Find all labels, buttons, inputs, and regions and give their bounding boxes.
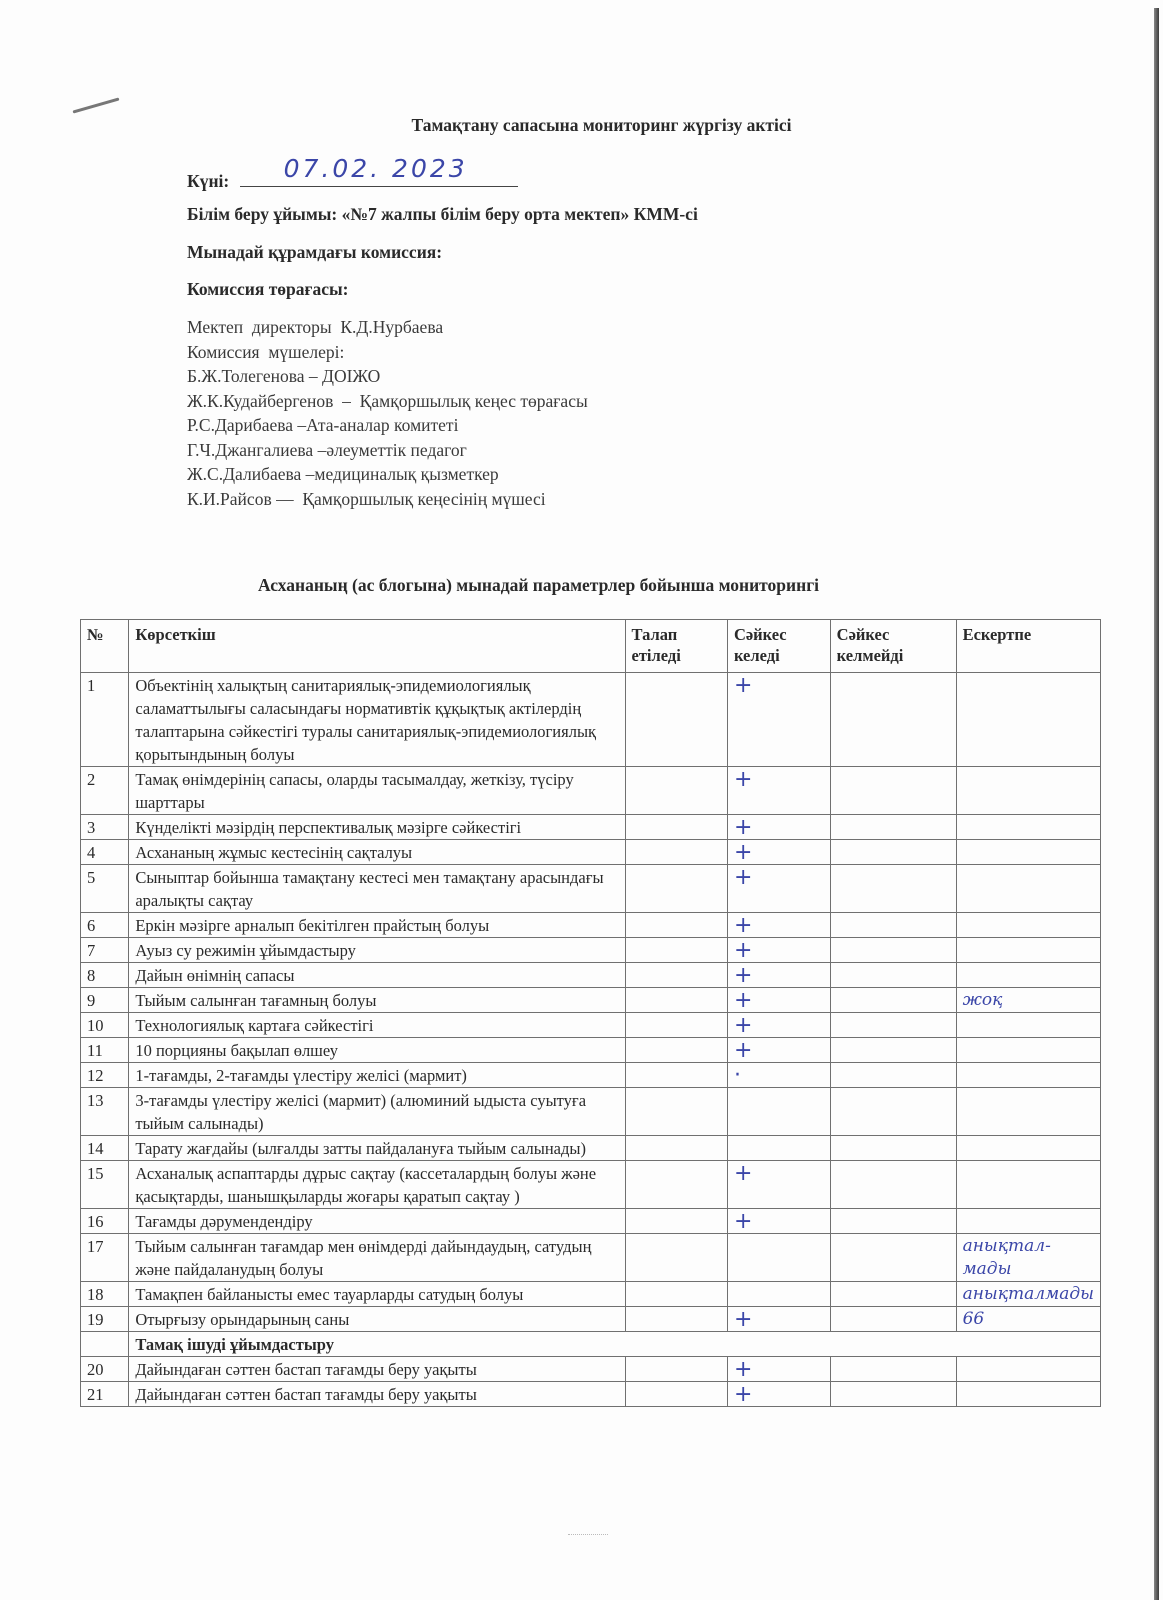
row-required-mark bbox=[625, 1282, 727, 1307]
table-row: 7 Ауыз су режимін ұйымдастыру + bbox=[81, 938, 1101, 963]
row-noncompliant-mark bbox=[830, 1307, 956, 1332]
row-indicator: Объектінің халықтың санитариялық-эпидеми… bbox=[129, 673, 625, 767]
row-note bbox=[956, 673, 1100, 767]
row-note: анықтал-мады bbox=[956, 1234, 1100, 1282]
row-number: 21 bbox=[81, 1382, 129, 1407]
section-row: Тамақ ішуді ұйымдастыру bbox=[81, 1332, 1101, 1357]
row-required-mark bbox=[625, 1063, 727, 1088]
row-indicator: Күнделікті мәзірдің перспективалық мәзір… bbox=[129, 815, 625, 840]
row-number: 5 bbox=[81, 865, 129, 913]
row-compliant-mark: + bbox=[727, 963, 830, 988]
row-required-mark bbox=[625, 913, 727, 938]
date-line: Күні: 07.02. 2023 bbox=[187, 166, 518, 192]
row-indicator: Тағамды дәрумендендіру bbox=[129, 1209, 625, 1234]
member-line: Ж.К.Кудайбергенов – Қамқоршылық кеңес тө… bbox=[187, 389, 588, 414]
row-number: 11 bbox=[81, 1038, 129, 1063]
table-row: 8 Дайын өнімнің сапасы + bbox=[81, 963, 1101, 988]
row-note bbox=[956, 1161, 1100, 1209]
row-noncompliant-mark bbox=[830, 673, 956, 767]
section-num bbox=[81, 1332, 129, 1357]
row-compliant-mark: · bbox=[727, 1063, 830, 1088]
table-row: 12 1-тағамды, 2-тағамды үлестіру желісі … bbox=[81, 1063, 1101, 1088]
member-line: Ж.С.Далибаева –медициналық қызметкер bbox=[187, 462, 588, 487]
row-number: 1 bbox=[81, 673, 129, 767]
row-compliant-mark: + bbox=[727, 1307, 830, 1332]
row-indicator: Ауыз су режимін ұйымдастыру bbox=[129, 938, 625, 963]
member-line: Р.С.Дарибаева –Ата-аналар комитеті bbox=[187, 413, 588, 438]
chair-label: Комиссия төрағасы: bbox=[187, 279, 348, 300]
row-required-mark bbox=[625, 1136, 727, 1161]
date-field: 07.02. 2023 bbox=[240, 166, 518, 187]
row-number: 16 bbox=[81, 1209, 129, 1234]
member-line: Мектеп директоры К.Д.Нурбаева bbox=[187, 315, 588, 340]
row-noncompliant-mark bbox=[830, 1063, 956, 1088]
row-note bbox=[956, 1063, 1100, 1088]
row-required-mark bbox=[625, 767, 727, 815]
row-required-mark bbox=[625, 988, 727, 1013]
row-indicator: Тыйым салынған тағамдар мен өнімдерді да… bbox=[129, 1234, 625, 1282]
row-compliant-mark bbox=[727, 1282, 830, 1307]
row-noncompliant-mark bbox=[830, 1357, 956, 1382]
row-note bbox=[956, 1013, 1100, 1038]
row-compliant-mark bbox=[727, 1234, 830, 1282]
row-noncompliant-mark bbox=[830, 1209, 956, 1234]
row-required-mark bbox=[625, 1307, 727, 1332]
table-header-row: № Көрсеткіш Талап етіледі Сәйкес келеді … bbox=[81, 620, 1101, 673]
monitoring-table: № Көрсеткіш Талап етіледі Сәйкес келеді … bbox=[80, 619, 1101, 1407]
row-noncompliant-mark bbox=[830, 840, 956, 865]
row-indicator: 3-тағамды үлестіру желісі (мармит) (алюм… bbox=[129, 1088, 625, 1136]
row-compliant-mark: + bbox=[727, 938, 830, 963]
row-note bbox=[956, 913, 1100, 938]
row-number: 17 bbox=[81, 1234, 129, 1282]
row-note bbox=[956, 1357, 1100, 1382]
table-row: 9 Тыйым салынған тағамның болуы + жоқ bbox=[81, 988, 1101, 1013]
row-indicator: Дайын өнімнің сапасы bbox=[129, 963, 625, 988]
row-required-mark bbox=[625, 1357, 727, 1382]
organization-line: Білім беру ұйымы: «№7 жалпы білім беру о… bbox=[187, 204, 698, 225]
row-compliant-mark: + bbox=[727, 1382, 830, 1407]
row-note bbox=[956, 1088, 1100, 1136]
row-required-mark bbox=[625, 1161, 727, 1209]
row-indicator: Асханалық аспаптарды дұрыс сақтау (кассе… bbox=[129, 1161, 625, 1209]
row-required-mark bbox=[625, 1234, 727, 1282]
row-noncompliant-mark bbox=[830, 767, 956, 815]
date-value: 07.02. 2023 bbox=[284, 154, 468, 183]
table-row: 3 Күнделікті мәзірдің перспективалық мәз… bbox=[81, 815, 1101, 840]
row-required-mark bbox=[625, 840, 727, 865]
row-number: 19 bbox=[81, 1307, 129, 1332]
table-row: 17 Тыйым салынған тағамдар мен өнімдерді… bbox=[81, 1234, 1101, 1282]
row-note bbox=[956, 1209, 1100, 1234]
row-number: 12 bbox=[81, 1063, 129, 1088]
row-compliant-mark bbox=[727, 1136, 830, 1161]
member-line: Комиссия мүшелері: bbox=[187, 340, 588, 365]
row-noncompliant-mark bbox=[830, 913, 956, 938]
row-compliant-mark: + bbox=[727, 1161, 830, 1209]
header-noncompliant: Сәйкес келмейді bbox=[830, 620, 956, 673]
row-number: 9 bbox=[81, 988, 129, 1013]
table-row: 15 Асханалық аспаптарды дұрыс сақтау (ка… bbox=[81, 1161, 1101, 1209]
row-note: анықталмады bbox=[956, 1282, 1100, 1307]
header-required: Талап етіледі bbox=[625, 620, 727, 673]
row-number: 15 bbox=[81, 1161, 129, 1209]
table-row: 14 Тарату жағдайы (ылғалды затты пайдала… bbox=[81, 1136, 1101, 1161]
row-compliant-mark: + bbox=[727, 1038, 830, 1063]
row-indicator: Отырғызу орындарының саны bbox=[129, 1307, 625, 1332]
header-compliant: Сәйкес келеді bbox=[727, 620, 830, 673]
header-note: Ескертпе bbox=[956, 620, 1100, 673]
row-number: 6 bbox=[81, 913, 129, 938]
row-compliant-mark: + bbox=[727, 1209, 830, 1234]
commission-label: Мынадай құрамдағы комиссия: bbox=[187, 242, 442, 263]
row-indicator: 1-тағамды, 2-тағамды үлестіру желісі (ма… bbox=[129, 1063, 625, 1088]
row-number: 10 bbox=[81, 1013, 129, 1038]
row-required-mark bbox=[625, 1209, 727, 1234]
row-indicator: Технологиялық картаға сәйкестігі bbox=[129, 1013, 625, 1038]
row-indicator: Дайындаған сәттен бастап тағамды беру уа… bbox=[129, 1382, 625, 1407]
table-row: 5 Сыныптар бойынша тамақтану кестесі мен… bbox=[81, 865, 1101, 913]
row-indicator: Тарату жағдайы (ылғалды затты пайдалануғ… bbox=[129, 1136, 625, 1161]
row-required-mark bbox=[625, 1038, 727, 1063]
row-note bbox=[956, 963, 1100, 988]
row-note bbox=[956, 938, 1100, 963]
row-indicator: Тыйым салынған тағамның болуы bbox=[129, 988, 625, 1013]
row-required-mark bbox=[625, 1013, 727, 1038]
row-note bbox=[956, 767, 1100, 815]
row-required-mark bbox=[625, 815, 727, 840]
row-indicator: Дайындаған сәттен бастап тағамды беру уа… bbox=[129, 1357, 625, 1382]
row-compliant-mark: + bbox=[727, 673, 830, 767]
table-row: 4 Асхананың жұмыс кестесінің сақталуы + bbox=[81, 840, 1101, 865]
row-number: 13 bbox=[81, 1088, 129, 1136]
table-row: 20 Дайындаған сәттен бастап тағамды беру… bbox=[81, 1357, 1101, 1382]
row-noncompliant-mark bbox=[830, 1282, 956, 1307]
row-required-mark bbox=[625, 938, 727, 963]
row-compliant-mark: + bbox=[727, 988, 830, 1013]
table-row: 18 Тамақпен байланысты емес тауарларды с… bbox=[81, 1282, 1101, 1307]
row-compliant-mark: + bbox=[727, 1357, 830, 1382]
row-compliant-mark: + bbox=[727, 815, 830, 840]
table-row: 16 Тағамды дәрумендендіру + bbox=[81, 1209, 1101, 1234]
table-row: 21 Дайындаған сәттен бастап тағамды беру… bbox=[81, 1382, 1101, 1407]
header-num: № bbox=[81, 620, 129, 673]
member-line: Г.Ч.Джангалиева –әлеуметтік педагог bbox=[187, 438, 588, 463]
row-number: 14 bbox=[81, 1136, 129, 1161]
row-noncompliant-mark bbox=[830, 938, 956, 963]
table-row: 11 10 порцияны бақылап өлшеу + bbox=[81, 1038, 1101, 1063]
row-note bbox=[956, 815, 1100, 840]
document-title: Тамақтану сапасына мониторинг жүргізу ак… bbox=[0, 115, 1163, 136]
header-indicator: Көрсеткіш bbox=[129, 620, 625, 673]
row-required-mark bbox=[625, 1382, 727, 1407]
member-line: Б.Ж.Толегенова – ДОІЖО bbox=[187, 364, 588, 389]
row-note: 66 bbox=[956, 1307, 1100, 1332]
row-required-mark bbox=[625, 963, 727, 988]
row-compliant-mark: + bbox=[727, 840, 830, 865]
row-number: 7 bbox=[81, 938, 129, 963]
row-required-mark bbox=[625, 1088, 727, 1136]
row-noncompliant-mark bbox=[830, 1088, 956, 1136]
row-note bbox=[956, 1136, 1100, 1161]
row-noncompliant-mark bbox=[830, 865, 956, 913]
scan-specks bbox=[568, 1534, 608, 1537]
row-indicator: Еркін мәзірге арналып бекітілген прайсты… bbox=[129, 913, 625, 938]
row-number: 18 bbox=[81, 1282, 129, 1307]
row-noncompliant-mark bbox=[830, 1136, 956, 1161]
row-indicator: 10 порцияны бақылап өлшеу bbox=[129, 1038, 625, 1063]
member-line: К.И.Райсов — Қамқоршылық кеңесінің мүшес… bbox=[187, 487, 588, 512]
row-indicator: Тамақ өнімдерінің сапасы, оларды тасымал… bbox=[129, 767, 625, 815]
row-compliant-mark bbox=[727, 1088, 830, 1136]
row-compliant-mark: + bbox=[727, 913, 830, 938]
table-row: 6 Еркін мәзірге арналып бекітілген прайс… bbox=[81, 913, 1101, 938]
row-number: 2 bbox=[81, 767, 129, 815]
row-noncompliant-mark bbox=[830, 1161, 956, 1209]
row-number: 20 bbox=[81, 1357, 129, 1382]
row-noncompliant-mark bbox=[830, 815, 956, 840]
row-noncompliant-mark bbox=[830, 1013, 956, 1038]
row-note: жоқ bbox=[956, 988, 1100, 1013]
row-number: 3 bbox=[81, 815, 129, 840]
table-row: 13 3-тағамды үлестіру желісі (мармит) (а… bbox=[81, 1088, 1101, 1136]
table-row: 2 Тамақ өнімдерінің сапасы, оларды тасым… bbox=[81, 767, 1101, 815]
row-note bbox=[956, 1382, 1100, 1407]
row-number: 8 bbox=[81, 963, 129, 988]
row-compliant-mark: + bbox=[727, 865, 830, 913]
section-label: Тамақ ішуді ұйымдастыру bbox=[129, 1332, 1101, 1357]
row-required-mark bbox=[625, 865, 727, 913]
table-row: 19 Отырғызу орындарының саны + 66 bbox=[81, 1307, 1101, 1332]
table-row: 10 Технологиялық картаға сәйкестігі + bbox=[81, 1013, 1101, 1038]
row-noncompliant-mark bbox=[830, 988, 956, 1013]
table-body: 1 Объектінің халықтың санитариялық-эпиде… bbox=[81, 673, 1101, 1407]
row-compliant-mark: + bbox=[727, 767, 830, 815]
row-note bbox=[956, 1038, 1100, 1063]
table-row: 1 Объектінің халықтың санитариялық-эпиде… bbox=[81, 673, 1101, 767]
scan-edge bbox=[1154, 8, 1159, 1600]
row-note bbox=[956, 865, 1100, 913]
row-number: 4 bbox=[81, 840, 129, 865]
commission-members: Мектеп директоры К.Д.Нурбаева Комиссия м… bbox=[187, 315, 588, 511]
row-indicator: Асхананың жұмыс кестесінің сақталуы bbox=[129, 840, 625, 865]
stray-pen-mark bbox=[73, 97, 120, 113]
row-noncompliant-mark bbox=[830, 1038, 956, 1063]
row-indicator: Тамақпен байланысты емес тауарларды сату… bbox=[129, 1282, 625, 1307]
row-indicator: Сыныптар бойынша тамақтану кестесі мен т… bbox=[129, 865, 625, 913]
row-noncompliant-mark bbox=[830, 963, 956, 988]
row-required-mark bbox=[625, 673, 727, 767]
row-compliant-mark: + bbox=[727, 1013, 830, 1038]
row-noncompliant-mark bbox=[830, 1382, 956, 1407]
table-title: Асхананың (ас блогына) мынадай параметрл… bbox=[258, 575, 819, 596]
row-noncompliant-mark bbox=[830, 1234, 956, 1282]
row-note bbox=[956, 840, 1100, 865]
date-label: Күні: bbox=[187, 171, 229, 191]
